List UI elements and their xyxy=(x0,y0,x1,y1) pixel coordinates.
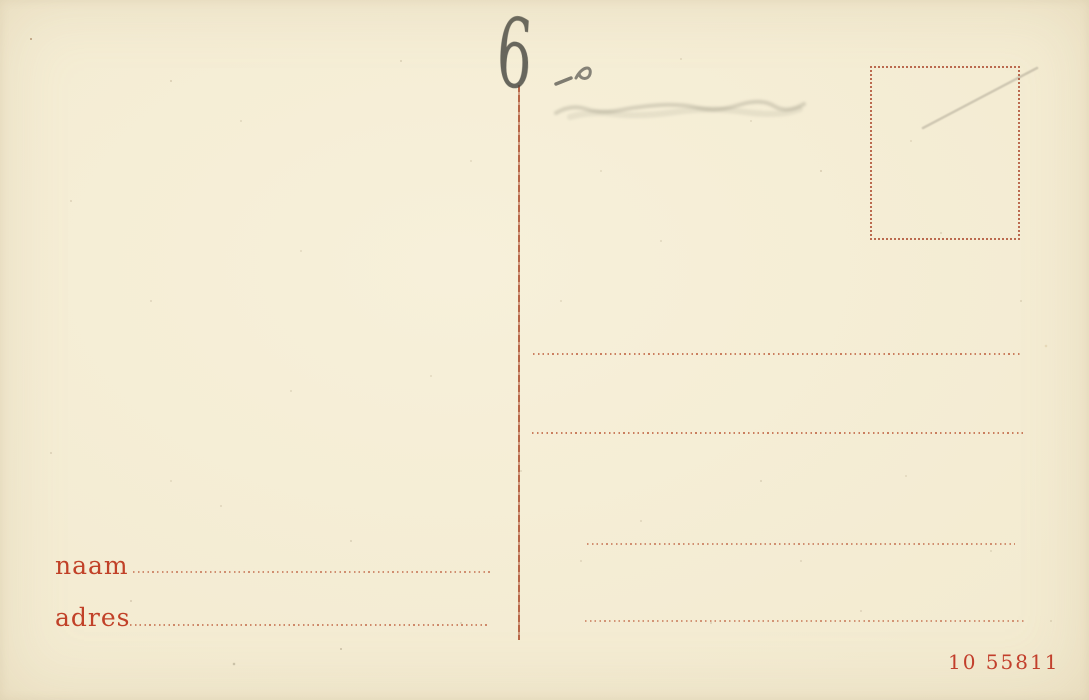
serial-number: 10 55811 xyxy=(948,652,1059,672)
address-line-1 xyxy=(533,353,1020,355)
pencil-smudge xyxy=(550,95,810,125)
address-dotted-line xyxy=(130,624,488,626)
address-label: adres xyxy=(55,605,130,630)
name-dotted-line xyxy=(133,571,490,573)
pencil-flourish-mark xyxy=(548,52,604,94)
address-line-4 xyxy=(585,620,1026,622)
name-label: naam xyxy=(55,553,129,578)
paper-speckles xyxy=(0,0,2,2)
address-line-2 xyxy=(532,432,1025,434)
postcard-back: naam adres 10 55811 6 xyxy=(0,0,1089,700)
center-divider-line xyxy=(518,85,520,640)
stamp-box xyxy=(870,66,1020,240)
handwritten-number: 6 xyxy=(494,3,535,105)
address-line-3 xyxy=(587,543,1015,545)
